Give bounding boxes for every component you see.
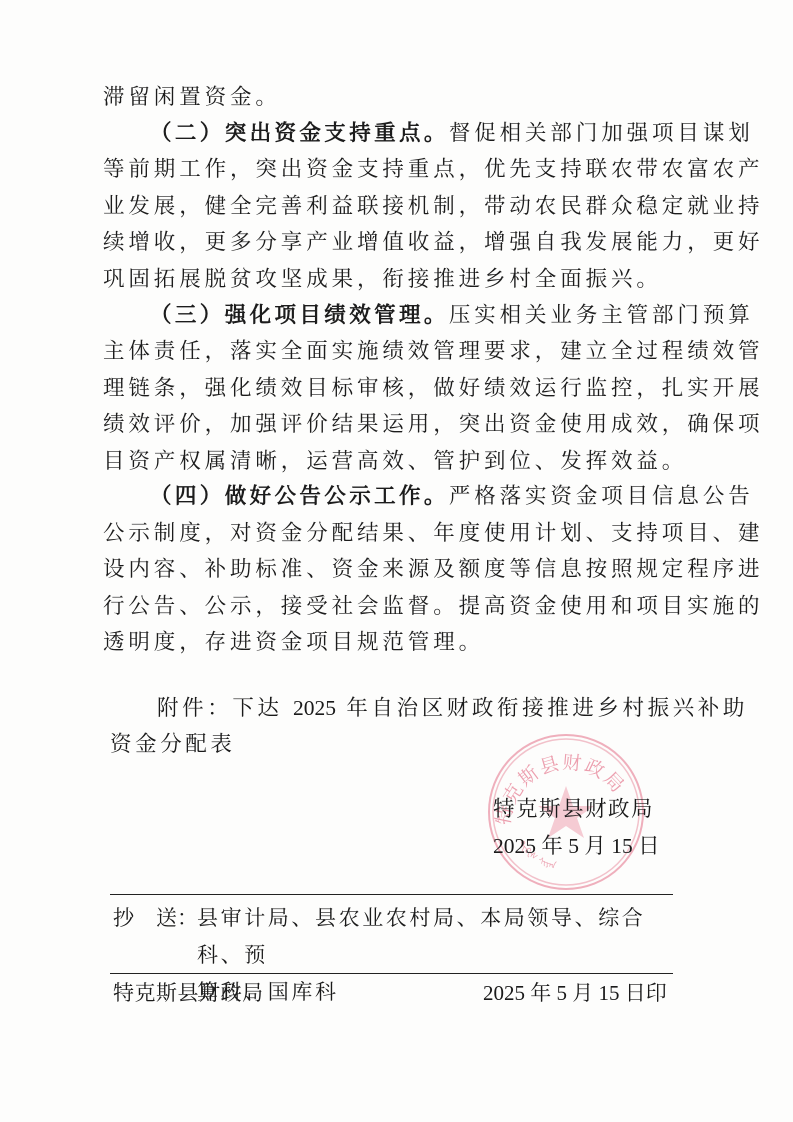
body-text: 巩固拓展脱贫攻坚成果，衔接推进乡村全面振兴。 xyxy=(103,267,662,292)
cc-label-a: 抄 xyxy=(113,906,134,930)
body-text: 透明度，存进资金项目规范管理。 xyxy=(103,630,484,655)
body-text: 督促相关部门加强项目谋划 xyxy=(449,121,754,146)
body-text: 续增收，更多分享产业增值收益，增强自我发展能力，更好 xyxy=(103,230,763,255)
attachment-text-post: 年自治区财政衔接推进乡村振兴补助 xyxy=(336,696,748,721)
body-text: 主体责任，落实全面实施绩效管理要求，建立全过程绩效管 xyxy=(103,339,763,364)
body-line: 理链条，强化绩效目标审核，做好绩效运行监控，扎实开展 xyxy=(103,371,673,407)
section-heading-2: （二）突出资金支持重点。督促相关部门加强项目谋划 xyxy=(150,116,673,152)
body-line: 透明度，存进资金项目规范管理。 xyxy=(103,625,673,661)
body-line: 等前期工作，突出资金支持重点，优先支持联农带农富农产 xyxy=(103,152,673,188)
body-text: 理链条，强化绩效目标审核，做好绩效运行监控，扎实开展 xyxy=(103,376,763,401)
cc-line-1: 县审计局、县农业农村局、本局领导、综合科、预 xyxy=(197,900,675,974)
body-text: 目资产权属清晰，运营高效、管护到位、发挥效益。 xyxy=(103,449,687,474)
attachment-year: 2025 xyxy=(293,696,336,720)
body-line: 目资产权属清晰，运营高效、管护到位、发挥效益。 xyxy=(103,444,673,480)
heading-text: （二）突出资金支持重点。 xyxy=(150,121,449,146)
body-text: 严格落实资金项目信息公告 xyxy=(449,484,754,509)
document-page: 滞留闲置资金。 （二）突出资金支持重点。督促相关部门加强项目谋划 等前期工作，突… xyxy=(0,0,793,1122)
signature-date: 2025 年 5 月 15 日 xyxy=(493,828,660,864)
body-line: 设内容、补助标准、资金来源及额度等信息按照规定程序进 xyxy=(103,552,673,588)
body-line: 滞留闲置资金。 xyxy=(103,80,673,116)
heading-text: （三）强化项目绩效管理。 xyxy=(150,303,449,328)
body-text: 公示制度，对资金分配结果、年度使用计划、支持项目、建 xyxy=(103,521,763,546)
body-text: 设内容、补助标准、资金来源及额度等信息按照规定程序进 xyxy=(103,557,763,582)
body-text: 行公告、公示，接受社会监督。提高资金使用和项目实施的 xyxy=(103,594,763,619)
body-line: 巩固拓展脱贫攻坚成果，衔接推进乡村全面振兴。 xyxy=(103,262,673,298)
cc-label: 抄送： xyxy=(113,900,198,936)
heading-text: （四）做好公告公示工作。 xyxy=(150,484,449,509)
footer-org: 特克斯县财政局 xyxy=(113,975,264,1011)
body-line: 绩效评价，加强评价结果运用，突出资金使用成效，确保项 xyxy=(103,407,673,443)
cc-label-b: 送： xyxy=(156,906,198,930)
body-line: 行公告、公示，接受社会监督。提高资金使用和项目实施的 xyxy=(103,589,673,625)
attachment-text-pre: 下达 xyxy=(232,696,293,721)
body-text: 压实相关业务主管部门预算 xyxy=(449,303,754,328)
divider-bottom xyxy=(110,973,673,974)
body-line: 业发展，健全完善利益联接机制，带动农民群众稳定就业持 xyxy=(103,189,673,225)
attachment-line-2: 资金分配表 xyxy=(110,727,236,763)
divider-top xyxy=(110,894,673,895)
signature-org: 特克斯县财政局 xyxy=(493,792,654,828)
body-text: 等前期工作，突出资金支持重点，优先支持联农带农富农产 xyxy=(103,157,763,182)
section-heading-4: （四）做好公告公示工作。严格落实资金项目信息公告 xyxy=(150,479,673,515)
body-line: 公示制度，对资金分配结果、年度使用计划、支持项目、建 xyxy=(103,516,673,552)
body-text: 绩效评价，加强评价结果运用，突出资金使用成效，确保项 xyxy=(103,412,763,437)
footer-print-date: 2025 年 5 月 15 日印 xyxy=(483,975,667,1011)
attachment-text: 资金分配表 xyxy=(110,732,236,757)
body-line: 续增收，更多分享产业增值收益，增强自我发展能力，更好 xyxy=(103,225,673,261)
section-heading-3: （三）强化项目绩效管理。压实相关业务主管部门预算 xyxy=(150,298,673,334)
body-text: 滞留闲置资金。 xyxy=(103,85,281,110)
attachment-line-1: 附件：下达 2025 年自治区财政衔接推进乡村振兴补助 xyxy=(157,690,748,727)
body-text: 业发展，健全完善利益联接机制，带动农民群众稳定就业持 xyxy=(103,194,763,219)
body-line: 主体责任，落实全面实施绩效管理要求，建立全过程绩效管 xyxy=(103,334,673,370)
attachment-label: 附件： xyxy=(157,696,232,721)
